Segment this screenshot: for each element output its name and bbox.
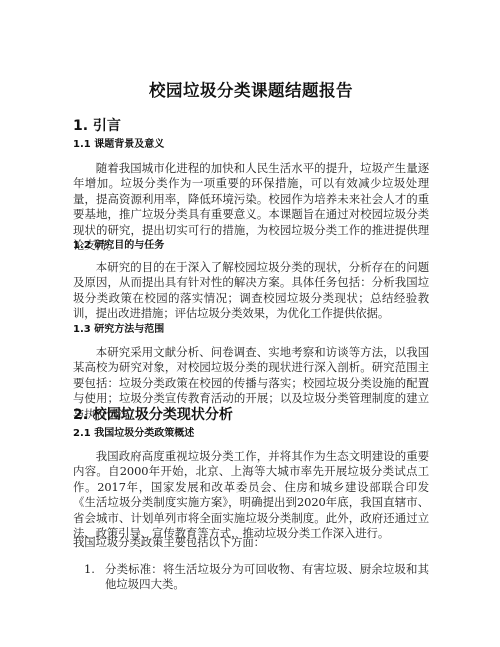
document-title: 校园垃圾分类课题结题报告	[73, 77, 429, 101]
subsection-heading-background: 1.1 课题背景及意义	[73, 135, 164, 150]
paragraph-policy-intro: 我国垃圾分类政策主要包括以下方面：	[73, 535, 429, 550]
subsection-heading-purpose: 1.2 研究目的与任务	[73, 236, 164, 251]
subsection-heading-method: 1.3 研究方法与范围	[73, 320, 164, 335]
paragraph-policy: 我国政府高度重视垃圾分类工作，并将其作为生态文明建设的重要内容。自2000年开始…	[73, 449, 429, 541]
list-item: 1. 分类标准：将生活垃圾分为可回收物、有害垃圾、厨余垃圾和其他垃圾四大类。	[73, 562, 429, 593]
list-item-number: 1.	[84, 562, 95, 577]
subsection-heading-policy: 2.1 我国垃圾分类政策概述	[73, 424, 194, 439]
list-item-text: 分类标准：将生活垃圾分为可回收物、有害垃圾、厨余垃圾和其他垃圾四大类。	[105, 562, 429, 593]
paragraph-purpose: 本研究的目的在于深入了解校园垃圾分类的现状，分析存在的问题及原因，从而提出具有针…	[73, 260, 429, 322]
section-heading-status: 2. 校园垃圾分类现状分析	[73, 404, 233, 424]
section-heading-intro: 1. 引言	[73, 115, 121, 135]
